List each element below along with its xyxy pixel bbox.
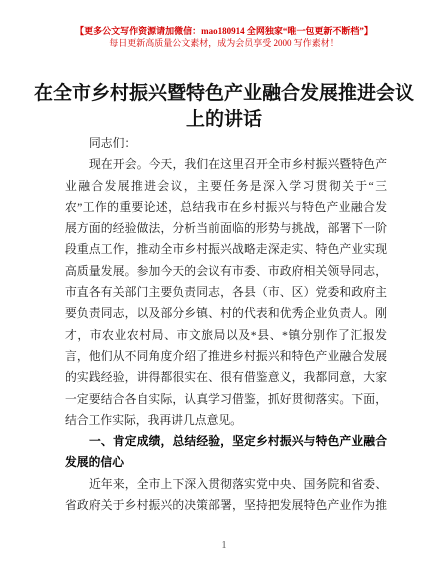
- body-line: 市直各有关部门主要负责同志，各县（市、区）党委和政府主: [65, 282, 387, 303]
- body-line: 的实践经验，讲得都很实在、很有借鉴意义，我都同意，大家: [65, 367, 387, 388]
- body-line: 高质量发展。参加今天的会议有市委、市政府相关领导同志，: [65, 261, 387, 282]
- page-number: 1: [0, 540, 448, 551]
- document-title-line-2: 上的讲话: [0, 107, 448, 133]
- body-line: 业融合发展推进会议，主要任务是深入学习贯彻关于“三: [65, 176, 387, 197]
- document-body: 同志们： 现在开会。今天，我们在这里召开全市乡村振兴暨特色产 业融合发展推进会议…: [65, 133, 387, 516]
- body-line: 要负责同志，以及部分乡镇、村的代表和优秀企业负责人。刚: [65, 303, 387, 324]
- body-line: 才，市农业农村局、市文旅局以及*县、*镇分别作了汇报发: [65, 325, 387, 346]
- document-title-line-1: 在全市乡村振兴暨特色产业融合发展推进会议: [0, 81, 448, 107]
- body-line: 段重点工作，推动全市乡村振兴战略走深走实、特色产业实现: [65, 239, 387, 260]
- body-line: 省政府关于乡村振兴的决策部署，坚持把发展特色产业作为推: [65, 495, 387, 516]
- body-line: 现在开会。今天，我们在这里召开全市乡村振兴暨特色产: [65, 154, 387, 175]
- body-line: 结合工作实际，我再讲几点意见。: [65, 410, 387, 431]
- ad-banner-line-2: 每日更新高质量公文素材，成为会员享受 2000 写作素材！: [0, 37, 448, 49]
- section-heading-line: 一、肯定成绩，总结经验，坚定乡村振兴与特色产业融合: [65, 431, 387, 452]
- ad-banner-line-1: 【更多公文写作资源请加微信：mao180914 全网独家“唯一包更新不断档”】: [0, 25, 448, 37]
- document-page: 【更多公文写作资源请加微信：mao180914 全网独家“唯一包更新不断档”】 …: [0, 0, 448, 580]
- section-heading-line: 发展的信心: [65, 452, 387, 473]
- body-line: 一定要结合各自实际，认真学习借鉴，抓好贯彻落实。下面，: [65, 389, 387, 410]
- body-line: 展方面的经验做法，分析当前面临的形势与挑战，部署下一阶: [65, 218, 387, 239]
- body-line: 农”工作的重要论述，总结我市在乡村振兴与特色产业融合发: [65, 197, 387, 218]
- body-line: 近年来，全市上下深入贯彻落实党中央、国务院和省委、: [65, 474, 387, 495]
- body-line: 同志们：: [65, 133, 387, 154]
- body-line: 言，他们从不同角度介绍了推进乡村振兴和特色产业融合发展: [65, 346, 387, 367]
